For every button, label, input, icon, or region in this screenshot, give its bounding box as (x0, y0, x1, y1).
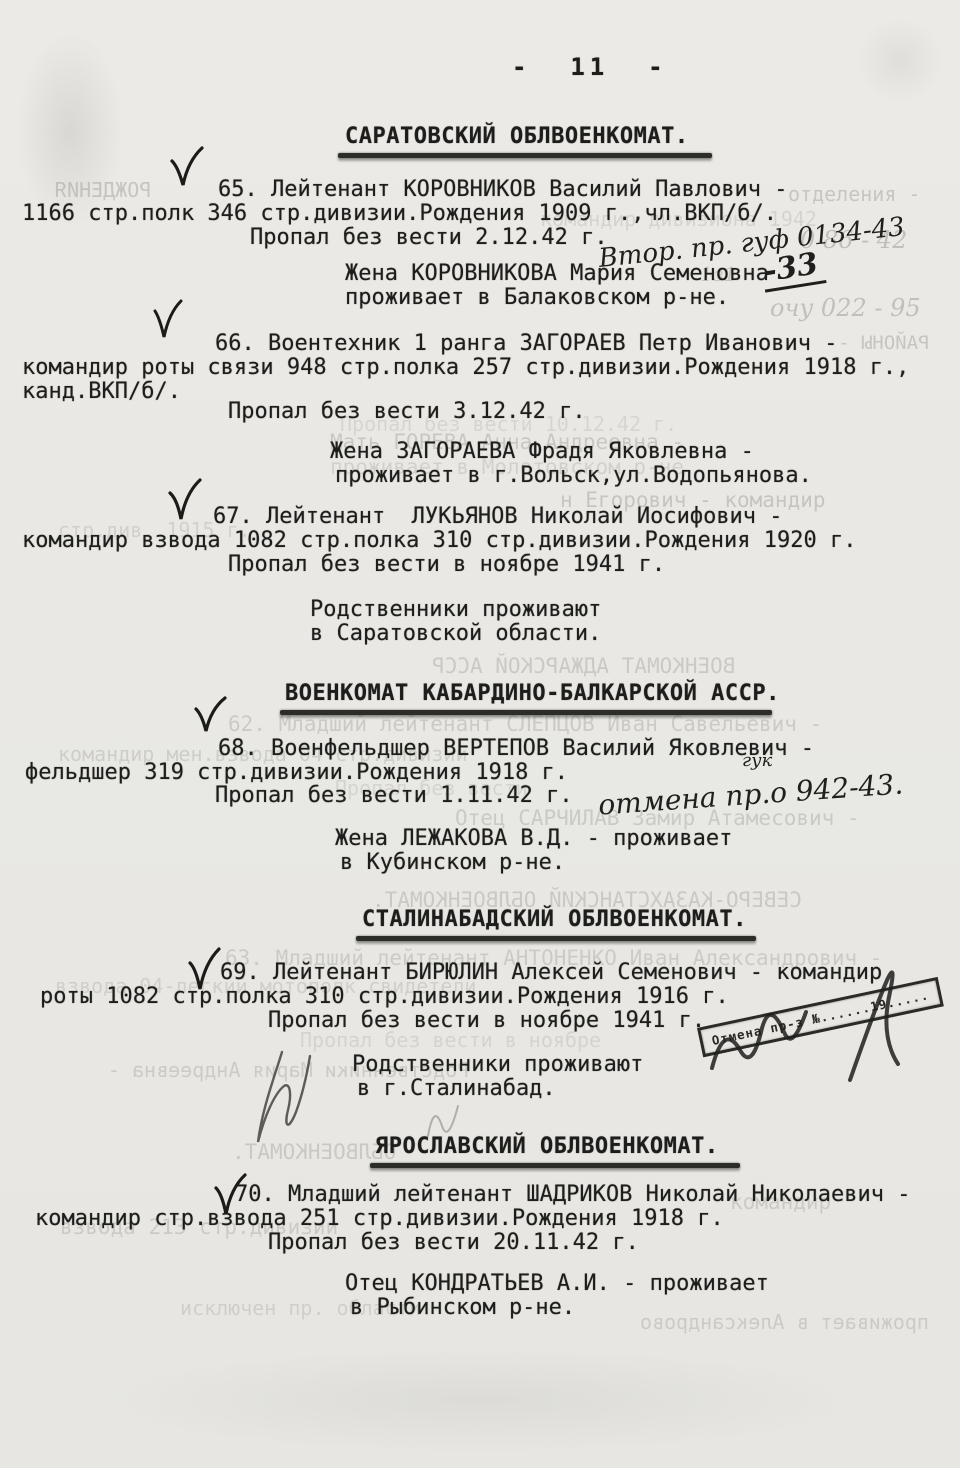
entry-line: Пропал без вести в ноябре 1941 г. (228, 553, 665, 577)
relative-line: Жена КОРОВНИКОВА Мария Семеновна (345, 262, 769, 286)
section-title: САРАТОВСКИЙ ОБЛВОЕНКОМАТ. (345, 125, 689, 149)
entry-line: 1166 стр.полк 346 стр.дивизии.Рождения 1… (22, 202, 777, 226)
relative-line: проживает в Балаковском р-не. (345, 286, 729, 310)
section-title-underline (356, 936, 756, 941)
bleedthrough-text: РОЖДЕНИЯ (55, 178, 151, 202)
entry-line: 65. Лейтенант КОРОВНИКОВ Василий Павлови… (218, 178, 788, 202)
page-number: - 11 - (512, 55, 668, 79)
entry-line: 68. Военфельдшер ВЕРТЕПОВ Василий Яковле… (218, 737, 814, 761)
handwritten-number: -33 (759, 245, 826, 292)
section-title: СТАЛИНАБАДСКИЙ ОБЛВОЕНКОМАТ. (362, 908, 747, 932)
pencil-scrawl (248, 1048, 328, 1148)
entry-line: Пропал без вести 3.12.42 г. (228, 400, 586, 424)
bleedthrough-text: отделения - (788, 182, 920, 206)
entry-line: Пропал без вести 20.11.42 г. (268, 1231, 639, 1255)
bleedthrough-handwriting: очу 022 - 95 (770, 294, 921, 322)
relative-line: проживает в г.Вольск,ул.Водопьянова. (335, 464, 812, 488)
entry-line: 70. Младший лейтенант ШАДРИКОВ Николай Н… (235, 1183, 911, 1207)
bleedthrough-text: РАЙОНЫ - (838, 332, 930, 354)
entry-line: 67. Лейтенант ЛУКЬЯНОВ Николай Иосифович… (213, 505, 783, 529)
section-title-underline (338, 153, 712, 158)
section-title: ЯРОСЛАВСКИЙ ОБЛВОЕНКОМАТ. (375, 1135, 719, 1159)
bleedthrough-text: проживает в Александрово (640, 1310, 929, 1334)
relative-line: Родственники проживают (352, 1053, 643, 1077)
entry-line: канд.ВКП/б/. (22, 380, 181, 404)
entry-line: 66. Воентехник 1 ранга ЗАГОРАЕВ Петр Ива… (215, 332, 838, 356)
bleedthrough-text: ВОЕНКОМАТ АДЖАРСКОЙ АССР (432, 654, 735, 678)
bleedthrough-text: 62. Младший лейтенант СЛЕПЦОВ Иван Савел… (228, 712, 822, 736)
section-title-underline (370, 1163, 740, 1168)
entry-line: Пропал без вести 2.12.42 г. (250, 226, 608, 250)
checkmark-annotation (166, 477, 204, 523)
checkmark-annotation (150, 297, 188, 343)
entry-line: командир взвода 1082 стр.полка 310 стр.д… (22, 529, 856, 553)
relative-line: в Рыбинском р-не. (350, 1296, 575, 1320)
checkmark-annotation (192, 695, 230, 741)
entry-line: Пропал без вести 1.11.42 г. (215, 784, 573, 808)
ink-scrawl (660, 960, 920, 1110)
relative-line: Отец КОНДРАТЬЕВ А.И. - проживает (345, 1272, 769, 1296)
section-title-underline (280, 710, 772, 715)
entry-line: роты 1082 стр.полка 310 стр.дивизии.Рожд… (40, 985, 729, 1009)
entry-line: командир стр.взвода 251 стр.дивизии.Рожд… (35, 1207, 724, 1231)
relative-line: в Кубинском р-не. (340, 851, 565, 875)
entry-line: командир роты связи 948 стр.полка 257 ст… (22, 356, 909, 380)
handwritten-note-small: гук (742, 750, 772, 771)
relative-line: в Саратовской области. (310, 622, 601, 646)
checkmark-annotation (168, 145, 206, 191)
entry-line: Пропал без вести в ноябре 1941 г. (268, 1009, 705, 1033)
relative-line: Жена ЗАГОРАЕВА Фрадя Яковлевна - (330, 440, 754, 464)
entry-line: фельдшер 319 стр.дивизии.Рождения 1918 г… (25, 761, 568, 785)
relative-line: Жена ЛЕЖАКОВА В.Д. - проживает (335, 827, 732, 851)
relative-line: Родственники проживают (310, 598, 601, 622)
section-title: ВОЕНКОМАТ КАБАРДИНО-БАЛКАРСКОЙ АССР. (285, 682, 780, 706)
document-page: отделения - РОЖДЕНИЯ командир дивизиона … (0, 0, 960, 1468)
